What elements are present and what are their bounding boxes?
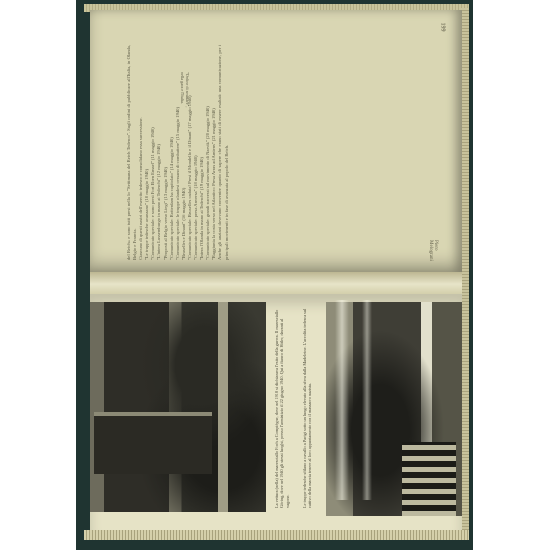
colonnade [402,442,456,516]
railway-carriage [94,412,212,474]
body-text: del Reich» e sono tutti presi nella lo "… [126,45,376,260]
photo-highlight [218,302,228,512]
light-glare [335,300,349,500]
page-number: 199 [440,23,446,32]
light-glare [362,300,372,500]
photo-page: La vettura (nella) del maresciallo Foch … [90,294,462,532]
paragraph: Anche gli anziani dovevano convenire qua… [217,45,229,260]
caption-left: La vettura (nella) del maresciallo Foch … [274,308,290,508]
paragraph: del Reich» e sono tutti presi nella lo "… [126,45,138,260]
caption-right: Le truppe tedesche sfilano a cavallo a P… [302,308,313,508]
book-gutter [90,272,462,294]
page-edges-bottom [84,530,469,540]
open-book: 199 Piero Melograni "Ordine di smistare"… [84,4,469,544]
running-head: Piero Melograni [428,240,438,264]
left-photo [90,302,266,512]
text-page: 199 Piero Melograni "Ordine di smistare"… [90,10,462,272]
